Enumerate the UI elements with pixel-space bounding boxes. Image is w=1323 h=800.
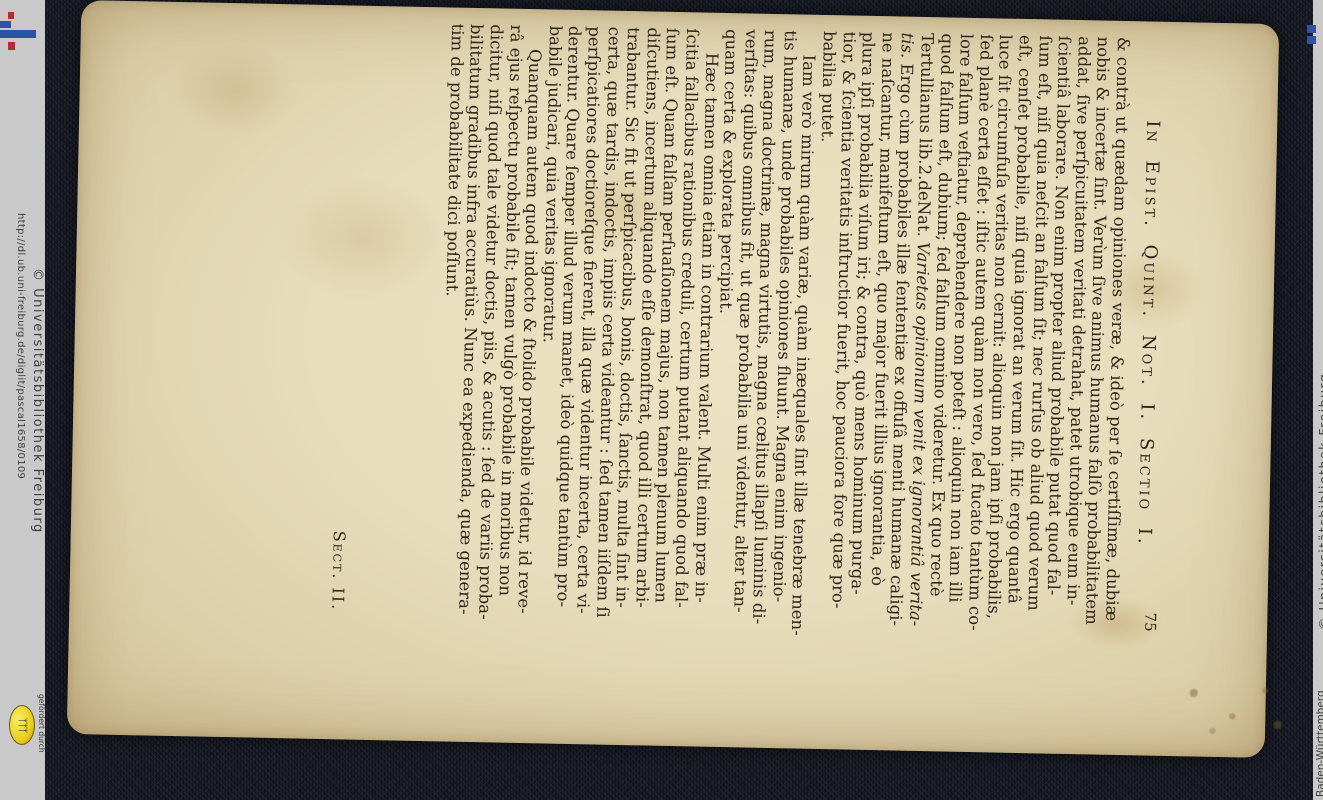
page-text-rotated: In Epist. Quint. Not. I. Sectio I. 75 & …	[238, 19, 1165, 629]
calibration-blue-bar-icon	[0, 30, 36, 38]
scan-viewport: In Epist. Quint. Not. I. Sectio I. 75 & …	[0, 0, 1323, 800]
calibration-red-square-icon	[8, 42, 15, 50]
calibration-blue-bar-icon	[0, 21, 11, 28]
text-block: & contrà ut quædam opiniones veræ, & ide…	[435, 23, 1133, 629]
calibration-blue-square-icon	[1307, 25, 1316, 33]
seal-figures-glyphs: ᛉᛉᛉ	[17, 718, 28, 733]
region-label: Baden-Württemberg	[1315, 693, 1323, 797]
page-number: 75	[1141, 612, 1159, 631]
three-figures-seal-icon: ᛉᛉᛉ	[9, 705, 35, 745]
calibration-blue-square-icon	[1307, 36, 1316, 44]
catchword: Sect. II.	[328, 21, 359, 613]
book-page: In Epist. Quint. Not. I. Sectio I. 75 & …	[67, 0, 1279, 758]
funding-note: gefördert durch	[36, 694, 46, 756]
left-info-bar: http://dl.ub.uni-freiburg.de/diglit/pasc…	[0, 0, 45, 800]
right-copyright-label: © Universitätsbibliothek Freiburg	[1316, 280, 1323, 630]
calibration-red-square-icon	[8, 12, 14, 19]
running-head: In Epist. Quint. Not. I. Sectio I.	[1134, 120, 1164, 547]
copyright-label: © Universitätsbibliothek Freiburg	[30, 268, 45, 598]
source-url-label: http://dl.ub.uni-freiburg.de/diglit/pasc…	[10, 213, 26, 473]
running-head-row: In Epist. Quint. Not. I. Sectio I. 75	[1127, 37, 1165, 629]
